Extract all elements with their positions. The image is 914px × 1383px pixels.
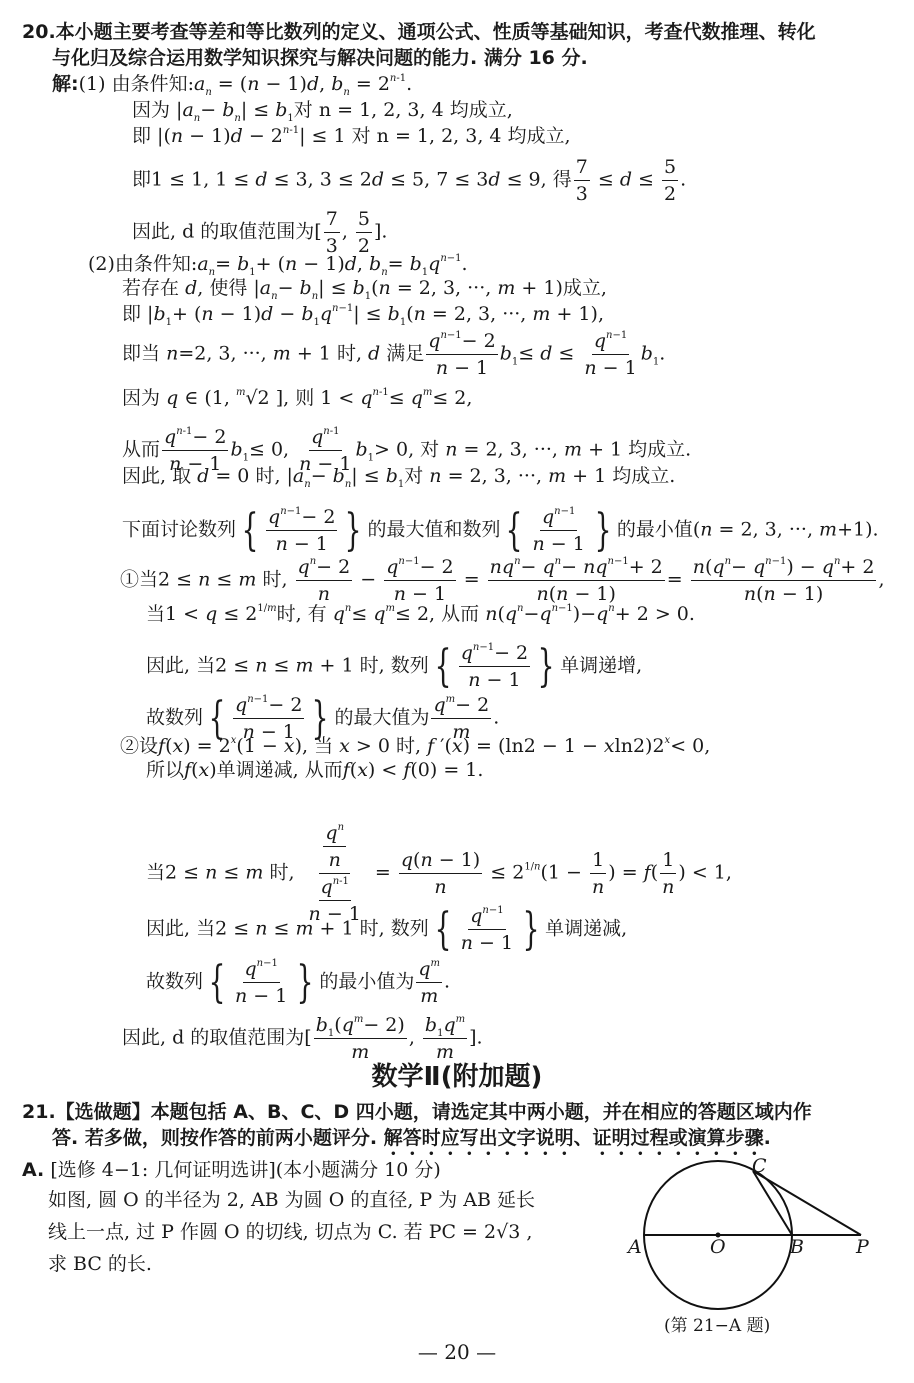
text: 当 <box>146 603 165 625</box>
text: 均成立. <box>628 439 691 461</box>
text: 单调递减, <box>545 918 627 940</box>
case2-line4: 因此, 当2 ≤ n ≤ m + 1 时, 数列{qn−1n − 1}单调递减, <box>146 903 627 956</box>
text: 时, <box>269 862 294 884</box>
text: 因此, 取 <box>122 465 191 487</box>
text: 因为 <box>122 387 160 409</box>
problem-21a-line1: 如图, 圆 O 的半径为 2, AB 为圆 O 的直径, P 为 AB 延长 <box>48 1188 535 1212</box>
text: 对 n = 1, 2, 3, 4 均成立, <box>352 125 571 147</box>
text: 即 <box>122 303 141 325</box>
text: 单调递减, 从而 <box>217 759 343 781</box>
text: 单调递增, <box>560 655 642 677</box>
text: 下面讨论数列 <box>122 519 236 541</box>
text: 若存在 <box>122 277 179 299</box>
part-label: (1) <box>79 73 106 95</box>
text: 即 <box>132 125 151 147</box>
text: 数列 <box>391 655 429 677</box>
text: 即当 <box>122 343 160 365</box>
text: 成立, <box>563 277 607 299</box>
text: 满足 <box>386 343 424 365</box>
part1-line1: 解:(1) 由条件知:an = (n − 1)d, bn = 2n-1. <box>52 72 412 96</box>
part2-line4: 即当 n=2, 3, ···, m + 1 时, d 满足qn−1− 2n − … <box>122 328 665 381</box>
part2-line3: 即 |b1+ (n − 1)d − b1qn−1| ≤ b1(n = 2, 3,… <box>122 302 604 326</box>
solution-label: 解: <box>52 73 79 95</box>
part2-line7: 因此, 取 d = 0 时, |an− bn| ≤ b1对 n = 2, 3, … <box>122 464 675 488</box>
text: 由条件知: <box>112 73 194 95</box>
part2-line8: 下面讨论数列{qn−1− 2n − 1}的最大值和数列{qn−1n − 1}的最… <box>122 504 879 557</box>
emphasized-text: 解答时应写出文字说明、证明过程或演算步骤. <box>384 1127 771 1149</box>
text: 所以 <box>146 759 184 781</box>
part1-line3: 即 |(n − 1)d − 2n-1| ≤ 1 对 n = 1, 2, 3, 4… <box>132 124 571 148</box>
problem-21-line1: 21.【选做题】本题包括 A、B、C、D 四小题，请选定其中两小题，并在相应的答… <box>22 1100 812 1124</box>
text: 故数列 <box>146 707 203 729</box>
problem-20-intro-line1: 20.本小题主要考查等差和等比数列的定义、通项公式、性质等基础知识，考查代数推理… <box>22 20 816 44</box>
label-p: P <box>856 1235 869 1259</box>
text: 因此, d 的取值范围为 <box>122 1027 304 1049</box>
part-label: (2) <box>88 253 115 275</box>
text: , 从而 <box>429 603 479 625</box>
text: 时, <box>337 343 362 365</box>
part1-line4: 即1 ≤ 1, 1 ≤ d ≤ 3, 3 ≤ 2d ≤ 5, 7 ≤ 3d ≤ … <box>132 154 686 207</box>
text: 的最大值和数列 <box>367 519 500 541</box>
part-label: A. <box>22 1159 44 1181</box>
text: 得 <box>553 169 572 191</box>
label-o: O <box>710 1235 726 1259</box>
case1-line3: 因此, 当2 ≤ n ≤ m + 1 时, 数列{qn−1− 2n − 1}单调… <box>146 640 642 693</box>
case2-line1: ②设f(x) = 2x(1 − x), 当 x > 0 时, f ′(x) = … <box>120 734 710 758</box>
text: 对 n = 1, 2, 3, 4 均成立, <box>294 99 513 121</box>
part1-line2: 因为 |an− bn| ≤ b1对 n = 1, 2, 3, 4 均成立, <box>132 98 513 122</box>
page-number: — 20 — <box>0 1340 914 1364</box>
line-cb <box>753 1171 792 1235</box>
line-cp <box>753 1171 861 1235</box>
text: 【选做题】本题包括 A、B、C、D 四小题，请选定其中两小题，并在相应的答题区域… <box>56 1101 812 1123</box>
text: 因此, 当 <box>146 918 215 940</box>
text: 时, <box>360 655 385 677</box>
text: 从而 <box>122 439 160 461</box>
text: 时, 有 <box>277 603 327 625</box>
part2-line2: 若存在 d, 使得 |an− bn| ≤ b1(n = 2, 3, ···, m… <box>122 276 607 300</box>
label-c: C <box>752 1154 767 1178</box>
case2-line5: 故数列{qn−1n − 1}的最小值为qmm. <box>146 956 450 1009</box>
text: 数列 <box>391 918 429 940</box>
problem-number: 21. <box>22 1101 56 1123</box>
label-a: A <box>628 1235 642 1259</box>
text: , 当 <box>302 735 333 757</box>
text: 时, <box>262 569 287 591</box>
text: 即 <box>132 169 151 191</box>
label-b: B <box>790 1235 804 1259</box>
section-title: 数学Ⅱ(附加题) <box>0 1056 914 1093</box>
problem-20-intro-line2: 与化归及综合运用数学知识探究与解决问题的能力. 满分 16 分. <box>52 46 588 70</box>
text: 因此, d 的取值范围为 <box>132 221 314 243</box>
problem-21a-header: A. [选修 4−1: 几何证明选讲](本小题满分 10 分) <box>22 1158 441 1182</box>
part2-line1: (2)由条件知:an= b1+ (n − 1)d, bn= b1qn−1. <box>88 252 468 276</box>
figure-caption: (第 21−A 题) <box>664 1311 770 1336</box>
text: 因此, 当 <box>146 655 215 677</box>
problem-21a-line2: 线上一点, 过 P 作圆 O 的切线, 切点为 C. 若 PC = 2√3 , <box>48 1220 532 1244</box>
text: 因为 <box>132 99 170 121</box>
text: 故数列 <box>146 971 203 993</box>
intro-text: 本小题主要考查等差和等比数列的定义、通项公式、性质等基础知识，考查代数推理、转化 <box>56 21 816 43</box>
problem-21a-line3: 求 BC 的长. <box>48 1252 152 1276</box>
text: 均成立. <box>612 465 675 487</box>
text: , 则 <box>283 387 314 409</box>
text: 当 <box>146 862 165 884</box>
case2-line2: 所以f(x)单调递减, 从而f(x) < f(0) = 1. <box>146 758 483 782</box>
text: 的最小值 <box>617 519 693 541</box>
text: 时, <box>360 918 385 940</box>
part2-line5: 因为 q ∈ (1, m√2 ], 则 1 < qn-1≤ qm≤ 2, <box>122 386 472 410</box>
case1-line1: ①当2 ≤ n ≤ m 时, qn− 2n − qn−1− 2n − 1 = n… <box>120 554 885 607</box>
case1-line2: 当1 < q ≤ 21/m时, 有 qn≤ qm≤ 2, 从而 n(qn−qn−… <box>146 602 695 626</box>
text: [选修 4−1: 几何证明选讲](本小题满分 10 分) <box>50 1159 440 1181</box>
text: 答. 若多做，则按作答的前两小题评分. <box>52 1127 384 1149</box>
text: ①当 <box>120 569 158 591</box>
text: ②设 <box>120 735 158 757</box>
text: , 使得 <box>197 277 247 299</box>
text: 的最大值为 <box>334 707 429 729</box>
text: 的最小值为 <box>319 971 414 993</box>
problem-number: 20. <box>22 21 56 43</box>
text: 由条件知: <box>115 253 197 275</box>
